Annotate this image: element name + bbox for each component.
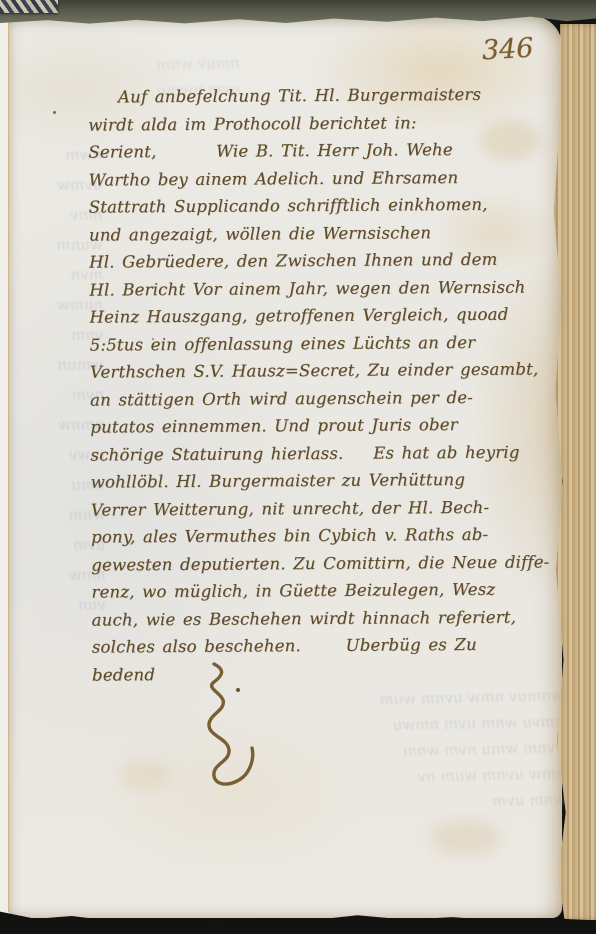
manuscript-line: auch, wie es Beschehen wirdt hinnach ref…: [92, 603, 554, 634]
book-headband: [0, 0, 58, 13]
manuscript-line: wirdt alda im Prothocoll berichtet in:: [88, 108, 550, 139]
page-number: 346: [482, 33, 535, 67]
manuscript-line: Auf anbefelchung Tit. Hl. Burgermaisters: [88, 80, 550, 111]
ink-speck: [53, 111, 56, 114]
manuscript-line: Stattrath Supplicando schrifftlich einkh…: [89, 190, 551, 221]
manuscript-line: Verthschen S.V. Hausz=Secret, Zu einder …: [90, 355, 552, 386]
manuscript-line: 5:5tus ein offenlassung eines Lüchts an …: [90, 328, 552, 359]
manuscript-line: Verrer Weitterung, nit unrecht, der Hl. …: [91, 493, 553, 524]
ink-speck: [152, 338, 154, 340]
manuscript-line: renz, wo müglich, in Güette Beizulegen, …: [91, 575, 553, 606]
manuscript-line: Heinz Hauszgang, getroffenen Vergleich, …: [89, 300, 551, 331]
manuscript-line: putatos einnemmen. Und prout Juris ober: [90, 410, 552, 441]
manuscript-line: solches also beschehen. Uberbüg es Zu: [92, 630, 554, 661]
manuscript-line: bedend: [92, 658, 554, 689]
manuscript-line: pony, ales Vermuthes bin Cybich v. Raths…: [91, 520, 553, 551]
manuscript-line: und angezaigt, wöllen die Wernsischen: [89, 218, 551, 249]
manuscript-line: an stättigen Orth wird augenschein per d…: [90, 383, 552, 414]
manuscript-text-block: Auf anbefelchung Tit. Hl. Burgermaisters…: [88, 80, 554, 688]
manuscript-line: schörige Statuirung hierlass. Es hat ab …: [90, 438, 552, 469]
manuscript-line: wohllöbl. Hl. Burgermaister zu Verhüttun…: [91, 465, 553, 496]
manuscript-line: Hl. Gebrüedere, den Zwischen Ihnen und d…: [89, 245, 551, 276]
manuscript-line: gewesten deputierten. Zu Comittirn, die …: [91, 548, 553, 579]
manuscript-scan: nwmuvmwnmvwunmmvnnumwvnmwmunnvmumnwmwvnm…: [0, 0, 596, 934]
manuscript-line: Hl. Bericht Vor ainem Jahr, wegen den We…: [89, 273, 551, 304]
manuscript-line: Serient, Wie B. Tit. Herr Joh. Wehe: [88, 135, 550, 166]
manuscript-line: Wartho bey ainem Adelich. und Ehrsamen: [88, 163, 550, 194]
